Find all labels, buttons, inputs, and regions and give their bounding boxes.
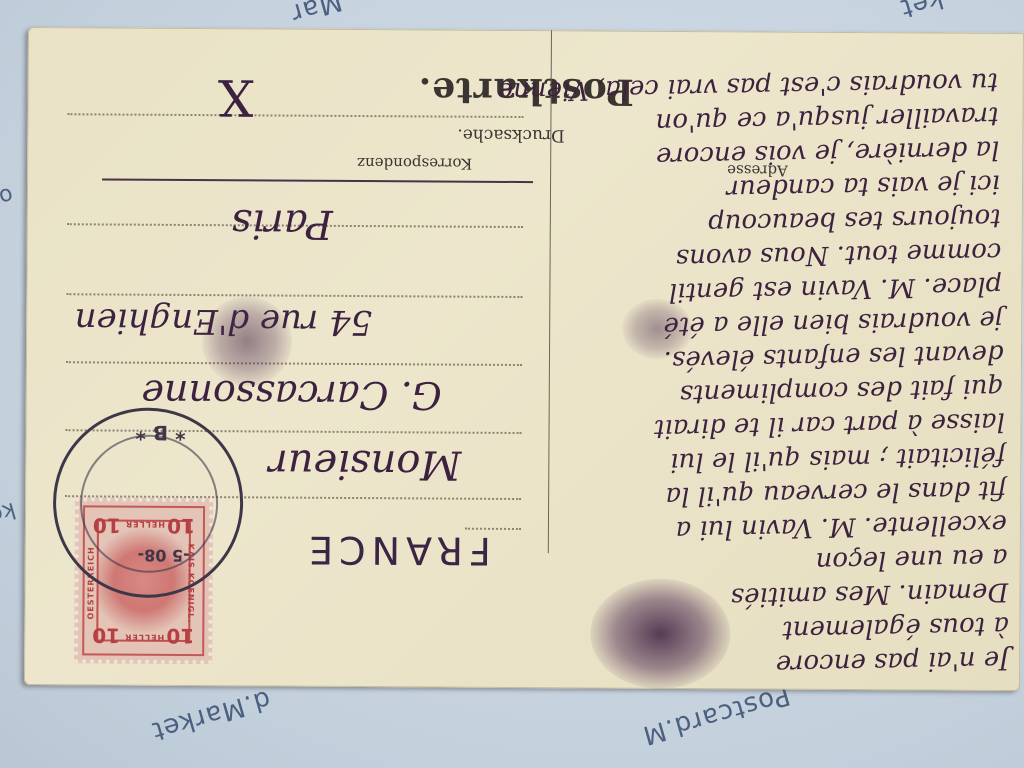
ink-blot: [202, 296, 293, 387]
postmark-date: -5 08-: [137, 546, 189, 565]
address-salutation: Monsieur: [269, 440, 462, 487]
postcard-upside-down-content: Postkarte. Drucksache. Korrespondenz Adr…: [24, 27, 1024, 691]
address-name: G. Carcassonne: [141, 372, 442, 418]
watermark-text: Mar: [287, 0, 345, 29]
address-city: Paris: [231, 200, 333, 247]
address-dotted-line: [67, 113, 523, 118]
stamp-value: 10: [166, 624, 194, 648]
stamp-heller-label: HELLER: [124, 633, 164, 642]
address-dotted-line: [66, 361, 522, 366]
watermark-text: ket: [897, 0, 947, 23]
korrespondenz-label: Korrespondenz: [357, 154, 472, 173]
stamp-value: 10: [92, 623, 120, 647]
watermark-text: d.Market: [148, 684, 274, 747]
address-country: FRANCE: [303, 528, 491, 573]
watermark-text: Postcard.M: [639, 680, 793, 751]
photo-scene: Postcard.M d.Market Mar ket os ke Postka…: [0, 0, 1024, 768]
address-solid-line: [102, 178, 533, 183]
address-note-mark: X: [218, 68, 254, 126]
postmark-cancellation: * B * -5 08-: [53, 407, 244, 598]
postmark-symbols: * B *: [135, 421, 185, 445]
correspondence-text: Je n'ai pas encore à tous également Dema…: [497, 64, 1010, 686]
address-dotted-line: [66, 293, 522, 298]
watermark-text: os: [0, 182, 16, 213]
watermark-text: ke: [0, 497, 18, 529]
postcard: Postkarte. Drucksache. Korrespondenz Adr…: [24, 27, 1024, 691]
